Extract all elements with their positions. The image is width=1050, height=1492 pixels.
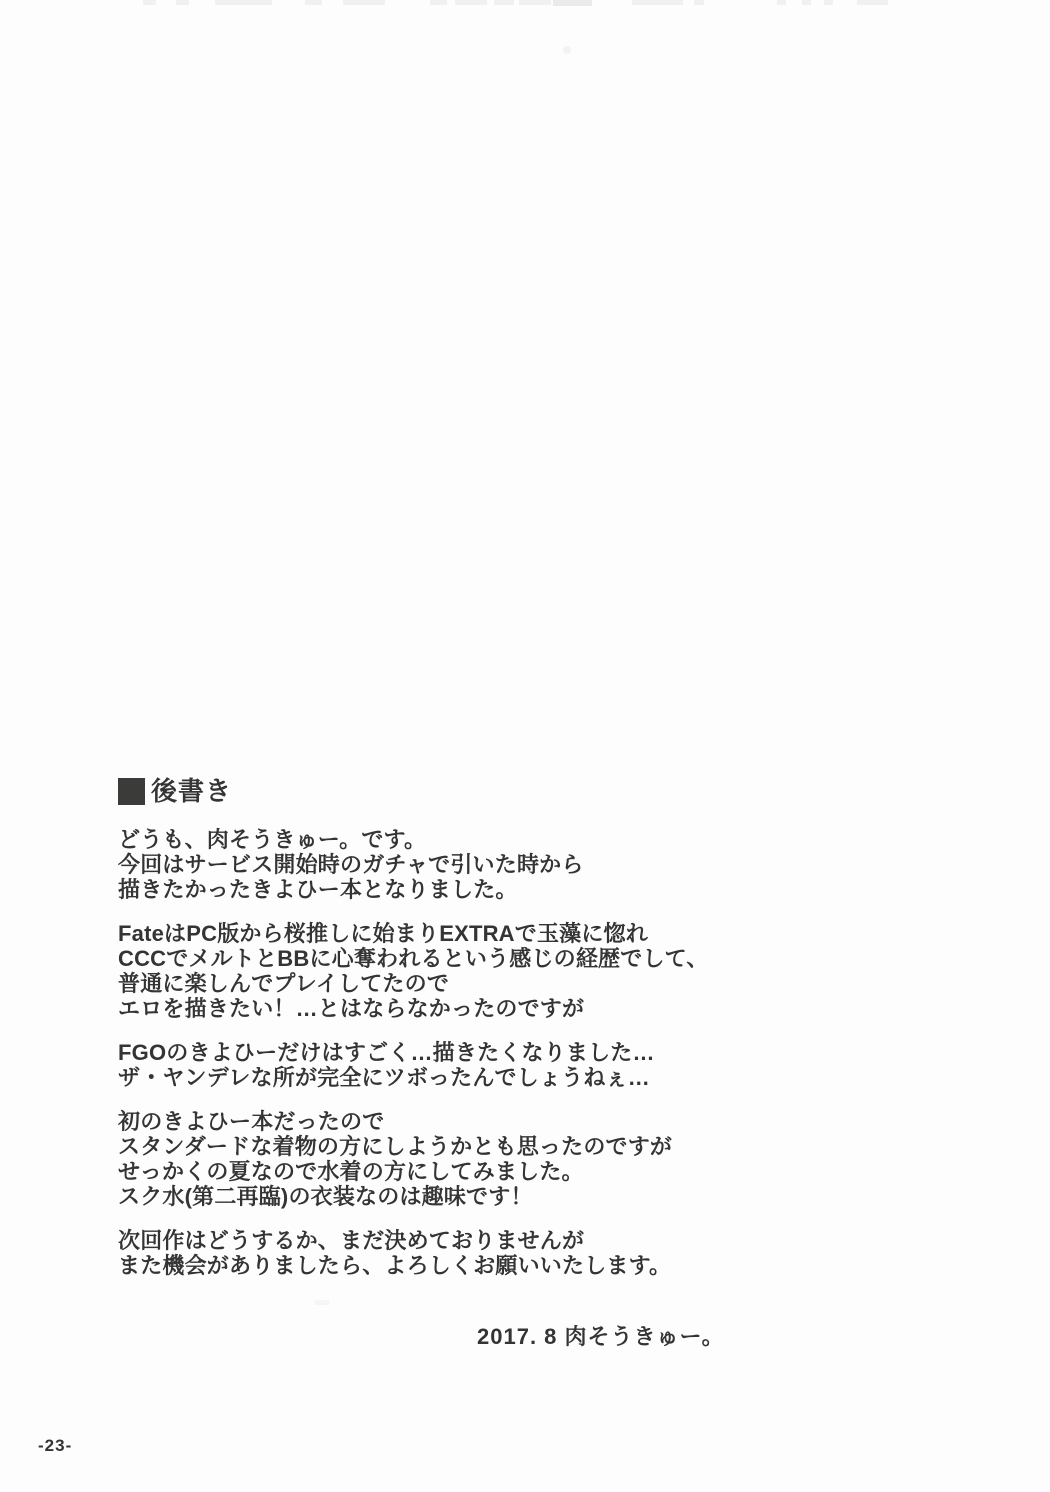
scan-artifact [632,0,683,5]
square-bullet-icon [118,778,145,805]
afterword-line: FGOのきよひーだけはすごく…描きたくなりました… [118,1040,818,1065]
signature-line: 2017. 8 肉そうきゅー。 [477,1320,818,1351]
afterword-paragraph: どうも、肉そうきゅー。です。 今回はサービス開始時のガチャで引いた時から 描きた… [118,827,818,902]
scan-artifact [553,0,592,6]
scan-artifact [455,0,487,5]
afterword-heading-label: 後書き [151,776,232,806]
scan-artifact [343,0,385,5]
scan-artifact [215,0,272,5]
afterword-line: スク水(第二再臨)の衣装なのは趣味です！ [118,1184,818,1209]
afterword-line: 初のきよひー本だったので [118,1109,818,1134]
page-number: -23- [38,1436,72,1456]
scan-artifact [563,46,571,54]
afterword-line: エロを描きたい！…とはならなかったのですが [118,996,818,1021]
afterword-line: ザ・ヤンデレな所が完全にツボったんでしょうねぇ… [118,1065,818,1090]
scan-artifact [802,0,811,5]
scan-artifact [694,0,704,5]
afterword-line: スタンダードな着物の方にしようかとも思ったのですが [118,1134,818,1159]
afterword-line: どうも、肉そうきゅー。です。 [118,827,818,852]
scan-artifact [305,0,322,5]
afterword-line: 今回はサービス開始時のガチャで引いた時から [118,852,818,877]
afterword-paragraph: FateはPC版から桜推しに始まりEXTRAで玉藻に惚れ CCCでメルトとBBに… [118,921,818,1021]
scan-artifact [519,0,551,5]
scanned-document-page: 後書き どうも、肉そうきゅー。です。 今回はサービス開始時のガチャで引いた時から… [0,0,1050,1492]
scan-artifact [176,0,189,5]
afterword-line: せっかくの夏なので水着の方にしてみました。 [118,1159,818,1184]
scan-artifact [494,0,514,5]
afterword-paragraph: FGOのきよひーだけはすごく…描きたくなりました… ザ・ヤンデレな所が完全にツボ… [118,1040,818,1090]
afterword-line: 描きたかったきよひー本となりました。 [118,877,818,902]
scan-artifact [777,0,786,5]
afterword-line: また機会がありましたら、よろしくお願いいたします。 [118,1253,818,1278]
scan-artifact [824,0,833,5]
scan-artifact [857,0,888,5]
afterword-line: 普通に楽しんでプレイしてたので [118,971,818,996]
afterword-line: CCCでメルトとBBに心奪われるという感じの経歴でして、 [118,946,818,971]
scan-artifact [143,0,156,5]
scan-artifact [430,0,447,5]
afterword-line: 次回作はどうするか、まだ決めておりませんが [118,1228,818,1253]
afterword-paragraph: 初のきよひー本だったので スタンダードな着物の方にしようかとも思ったのですが せ… [118,1109,818,1209]
afterword-paragraph: 次回作はどうするか、まだ決めておりませんが また機会がありましたら、よろしくお願… [118,1228,818,1278]
afterword-line: FateはPC版から桜推しに始まりEXTRAで玉藻に惚れ [118,921,818,946]
afterword-heading: 後書き [118,776,818,806]
afterword-section: 後書き どうも、肉そうきゅー。です。 今回はサービス開始時のガチャで引いた時から… [118,776,818,1351]
